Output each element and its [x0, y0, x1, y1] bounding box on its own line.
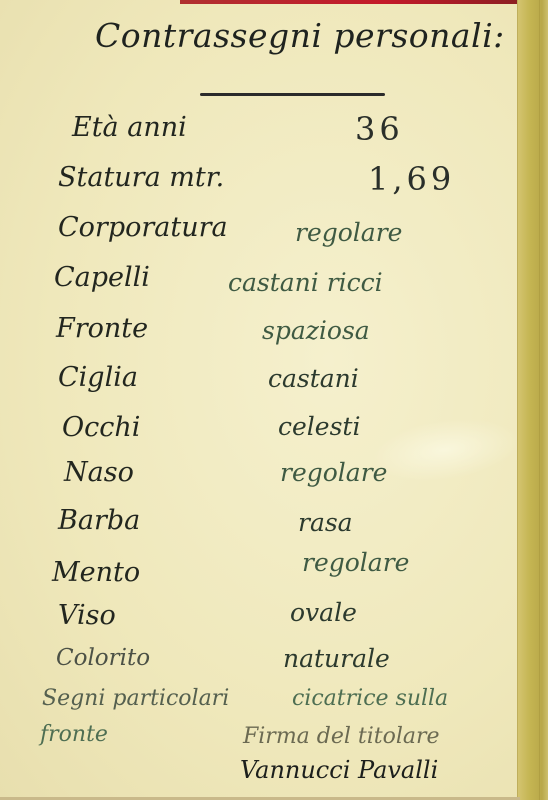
remarks-value-line1: cicatrice sulla: [292, 686, 448, 711]
field-value-age: 36: [355, 110, 404, 148]
field-value-face: ovale: [290, 598, 357, 627]
binding-strip: [517, 0, 548, 800]
field-label-height: Statura mtr.: [58, 162, 224, 193]
title-underline: [200, 93, 385, 96]
signature-label: Firma del titolare: [243, 724, 440, 749]
binding-fold-line: [539, 0, 540, 800]
field-label-eyes: Occhi: [62, 412, 140, 443]
field-value-forehead: spaziosa: [262, 316, 370, 345]
remarks-value-line2: fronte: [40, 722, 108, 747]
field-label-eyebrows: Ciglia: [58, 362, 138, 393]
field-label-face: Viso: [58, 600, 116, 631]
remarks-label: Segni particolari: [42, 686, 229, 711]
field-value-build: regolare: [295, 218, 402, 247]
field-label-build: Corporatura: [58, 212, 228, 243]
field-label-forehead: Fronte: [56, 313, 148, 344]
field-value-beard: rasa: [298, 508, 353, 537]
document-page: Contrassegni personali: Età anni 36 Stat…: [0, 0, 548, 800]
field-label-beard: Barba: [58, 505, 140, 536]
paper-crease: [367, 410, 524, 490]
field-value-chin: regolare: [302, 548, 409, 577]
field-value-nose: regolare: [280, 458, 387, 487]
field-value-eyebrows: castani: [268, 364, 359, 393]
field-value-complexion: naturale: [283, 644, 390, 673]
field-label-chin: Mento: [52, 557, 140, 588]
field-label-complexion: Colorito: [56, 645, 150, 671]
field-value-hair: castani ricci: [228, 268, 383, 297]
signature: Vannucci Pavalli: [240, 756, 438, 784]
field-label-hair: Capelli: [54, 262, 150, 293]
page-title: Contrassegni personali:: [95, 16, 505, 55]
field-value-height: 1,69: [368, 160, 455, 198]
field-label-age: Età anni: [72, 112, 187, 143]
field-value-eyes: celesti: [278, 412, 360, 441]
field-label-nose: Naso: [64, 457, 134, 488]
red-cover-edge: [180, 0, 520, 4]
